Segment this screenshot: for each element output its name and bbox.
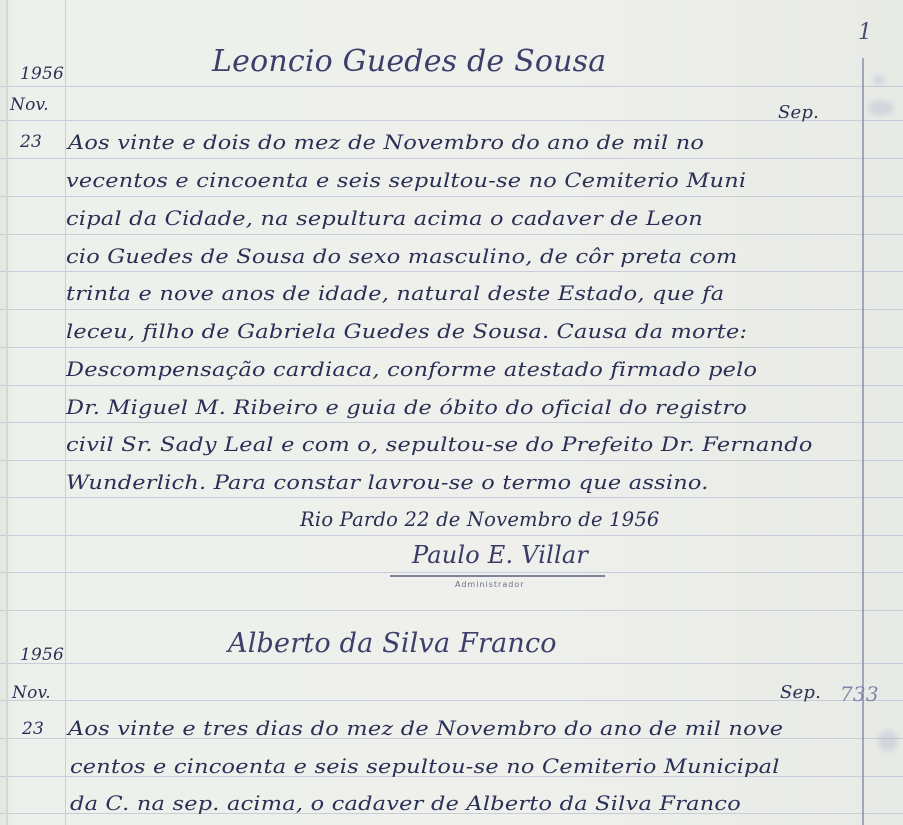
- signature: Paulo E. Villar: [412, 541, 588, 569]
- ruled-line: [0, 700, 903, 701]
- entry-text-line: Wunderlich. Para constar lavrou-se o ter…: [66, 471, 709, 494]
- entry-month: Nov.: [12, 683, 51, 703]
- entry-text-line: trinta e nove anos de idade, natural des…: [66, 282, 724, 305]
- entry-text-line: Descompensação cardiaca, conforme atesta…: [66, 358, 757, 381]
- ruled-line: [0, 385, 903, 386]
- entry-name-heading: Alberto da Silva Franco: [228, 628, 557, 659]
- ruled-line: [0, 497, 903, 498]
- sepultura-label: Sep.: [778, 102, 819, 123]
- entry-text-line: da C. na sep. acima, o cadaver de Albert…: [70, 792, 741, 815]
- ink-smudge: [878, 730, 898, 752]
- ruled-line: [0, 234, 903, 235]
- entry-text-line: cipal da Cidade, na sepultura acima o ca…: [66, 207, 703, 230]
- entry-year: 1956: [20, 64, 64, 84]
- sepultura-label: Sep.: [780, 682, 821, 703]
- entry-text-line: cio Guedes de Sousa do sexo masculino, d…: [66, 245, 738, 268]
- ink-smudge: [872, 75, 886, 85]
- ruled-line: [0, 158, 903, 159]
- place-date-line: Rio Pardo 22 de Novembro de 1956: [300, 508, 660, 531]
- ruled-line: [0, 271, 903, 272]
- entry-day: 23: [20, 132, 42, 152]
- sepultura-number: 733: [840, 682, 879, 706]
- entry-text-line: centos e cincoenta e seis sepultou-se no…: [70, 755, 780, 778]
- entry-text-line: civil Sr. Sady Leal e com o, sepultou-se…: [66, 433, 813, 456]
- ink-smudge: [868, 100, 894, 116]
- ruled-line: [0, 309, 903, 310]
- ruled-line: [0, 663, 903, 664]
- binding-edge: [6, 0, 8, 825]
- entry-text-line: Aos vinte e dois do mez de Novembro do a…: [68, 131, 704, 154]
- signature-underline: [390, 575, 605, 577]
- entry-name-heading: Leoncio Guedes de Sousa: [212, 44, 606, 79]
- ruled-line: [0, 460, 903, 461]
- entry-year: 1956: [20, 645, 64, 665]
- right-margin-line: [862, 58, 864, 825]
- entry-text-line: vecentos e cincoenta e seis sepultou-se …: [66, 169, 746, 192]
- ruled-line: [0, 422, 903, 423]
- ruled-line: [0, 535, 903, 536]
- signature-caption: Administrador: [455, 580, 524, 589]
- entry-text-line: Aos vinte e tres dias do mez de Novembro…: [68, 717, 783, 740]
- entry-text-line: leceu, filho de Gabriela Guedes de Sousa…: [66, 320, 747, 343]
- ruled-line: [0, 572, 903, 573]
- register-page: 1 Leoncio Guedes de Sousa 1956 Nov. Sep.…: [0, 0, 903, 825]
- entry-month: Nov.: [10, 95, 49, 115]
- entry-day: 23: [22, 719, 44, 739]
- entry-text-line: Dr. Miguel M. Ribeiro e guia de óbito do…: [66, 396, 747, 419]
- page-number: 1: [858, 20, 872, 45]
- ruled-line: [0, 120, 903, 121]
- ruled-line: [0, 86, 903, 87]
- ruled-line: [0, 196, 903, 197]
- ruled-line: [0, 347, 903, 348]
- ruled-line: [0, 610, 903, 611]
